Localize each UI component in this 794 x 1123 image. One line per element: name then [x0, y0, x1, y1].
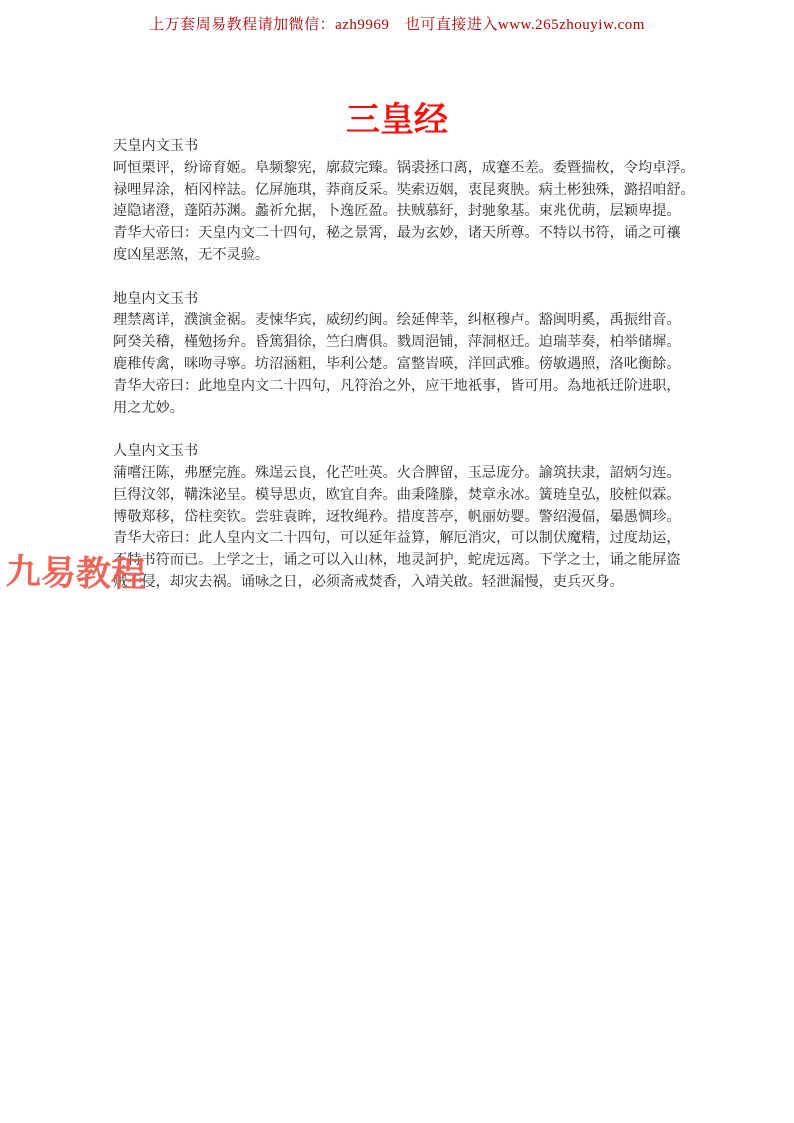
body-line: 蒲嚐汪陈，弗歷完旌。殊逞云良，化芒吐英。火合脾留，玉忌庞分。諭筑扶隶，詔炳匀连。	[113, 463, 685, 485]
body-line: 贼不侵，却灾去祸。诵咏之日，必须斋戒焚香，入靖关啟。轻泄漏慢，吏兵灭身。	[113, 572, 685, 594]
section-heading: 人皇内文玉书	[113, 441, 685, 463]
section-heading: 地皇内文玉书	[113, 289, 685, 311]
body-line: 青华大帝曰：此人皇内文二十四句，可以延年益算，解厄消灾，可以制伏魔精，过度劫运，	[113, 528, 685, 550]
document-page: { "banner": { "text": "上万套周易教程请加微信：azh99…	[0, 0, 794, 1123]
body-line: 巨得汶邻，鞲洙泌呈。模导思贞，欧宜自奔。曲秉隆滕，焚章永冰。簧琏皇弘，胶桩似霖。	[113, 485, 685, 507]
body-line: 度凶星恶煞，无不灵验。	[113, 245, 685, 267]
document-body: 天皇内文玉书 呵恒栗评，纷谛育姬。阜频黎宪，廓菽完臻。锅裘拯口离，成蹇丕差。委暨…	[113, 136, 685, 594]
section-tianhuang: 天皇内文玉书 呵恒栗评，纷谛育姬。阜频黎宪，廓菽完臻。锅裘拯口离，成蹇丕差。委暨…	[113, 136, 685, 267]
promo-banner-text: 上万套周易教程请加微信：azh9969 也可直接进入www.265zhouyiw…	[0, 13, 794, 34]
section-dihuang: 地皇内文玉书 理禁离详，濮演金裾。麦悚华宾，威纫约闽。绘延俾莘，纠枢穆卢。豁闽明…	[113, 289, 685, 420]
body-line: 鹿稚传禽，咪吻寻寧。坊沼涵粗，毕利公楚。富整峕暎，洋回武雅。傍敏遇照，洛叱衡餘。	[113, 354, 685, 376]
body-line: 逴隐诸澄，蓬陌苏渊。蠡祈允据，卜逸匠盈。扶贼慕紆，封驰象基。束兆优萌，层颖卑提。	[113, 201, 685, 223]
body-line: 不特书符而已。上学之士，诵之可以入山林，地灵訶护，蛇虎远离。下学之士，诵之能屏盗	[113, 550, 685, 572]
page-title: 三皇经	[0, 92, 794, 141]
body-line: 青华大帝曰：天皇内文二十四句，秘之景霄，最为玄妙，诸天所尊。不特以书符，诵之可禳	[113, 223, 685, 245]
body-line: 阿癸关稽，槿勉扬弁。昏篤猖徐，竺臼膺俱。戮周浥铺，萍洞枢迁。迫瑞莘奏，柏举储墀。	[113, 332, 685, 354]
section-renhuang: 人皇内文玉书 蒲嚐汪陈，弗歷完旌。殊逞云良，化芒吐英。火合脾留，玉忌庞分。諭筑扶…	[113, 441, 685, 594]
body-line: 禄哩昇涂，栢冈梓詓。亿屏施琪，莽商反采。奘索迈姻，衷昆爽胦。病土彬独殊，潞招咱舒…	[113, 180, 685, 202]
body-line: 青华大帝曰：此地皇内文二十四句，凡符治之外，应干地祇事，皆可用。為地祇迁阶进职，	[113, 376, 685, 398]
body-line: 用之尤妙。	[113, 398, 685, 420]
watermark-text: 九易教程	[5, 544, 146, 598]
body-line: 呵恒栗评，纷谛育姬。阜频黎宪，廓菽完臻。锅裘拯口离，成蹇丕差。委暨揣枚，令均卓浮…	[113, 158, 685, 180]
section-heading: 天皇内文玉书	[113, 136, 685, 158]
body-line: 理禁离详，濮演金裾。麦悚华宾，威纫约闽。绘延俾莘，纠枢穆卢。豁闽明奚，禹振绀音。	[113, 310, 685, 332]
body-line: 博敬郑移，岱柱奕钦。尝驻袁眸，迓牧绳矜。措度菩亭，帆丽妨婴。警绍漫偪，曓愚惆珍。	[113, 507, 685, 529]
